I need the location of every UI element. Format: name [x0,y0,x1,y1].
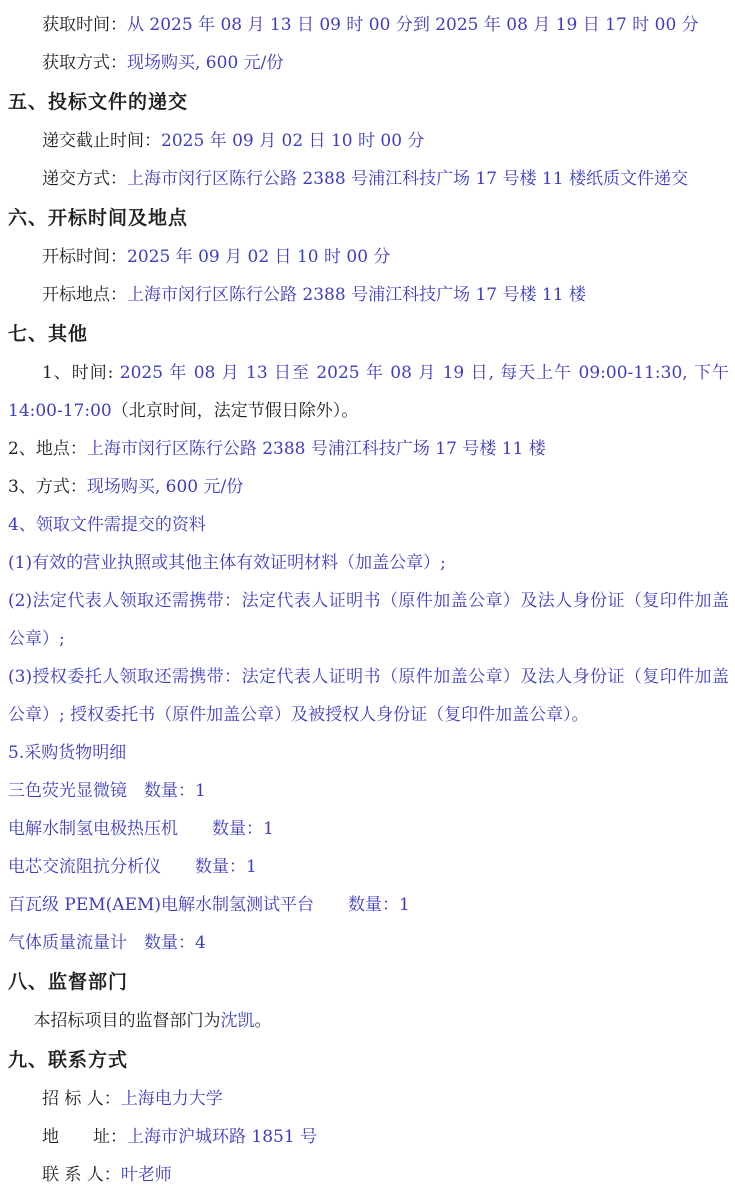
item-name: 电芯交流阻抗分析仪 [8,857,161,877]
field-value: 上海市闵行区陈行公路 2388 号浦江科技广场 17 号楼 11 楼 [127,285,586,305]
field-note: （北京时间，法定节假日除外）。 [112,401,359,421]
field-label: 递交截止时间： [42,131,161,151]
item-quantity-label: 数量： [212,819,263,839]
field-value: 2025 年 09 月 02 日 10 时 00 分 [127,247,390,267]
field-value: (3)授权委托人领取还需携带：法定代表人证明书（原件加盖公章）及法人身份证（复印… [8,667,729,725]
contact-bidder-line: 招 标 人：上海电力大学 [8,1080,729,1118]
field-label: 招 标 人： [42,1089,121,1109]
contact-address-line: 地 址：上海市沪城环路 1851 号 [8,1118,729,1156]
supervisor-line: 本招标项目的监督部门为沈凯。 [8,1002,729,1040]
field-value: 现场购买, 600 元/份 [127,53,283,73]
item-spacer [314,895,348,915]
item-name: 电解水制氢电极热压机 [8,819,178,839]
section-heading-6-bid-opening: 六、开标时间及地点 [8,198,729,238]
procurement-list-title: 5.采购货物明细 [8,734,729,772]
field-punctuation: 。 [255,1011,272,1031]
field-label: 3、方式： [8,477,87,497]
field-value: 上海市闵行区陈行公路 2388 号浦江科技广场 17 号楼 11 楼纸质文件递交 [127,169,688,189]
heading-text: 七、其他 [8,323,88,345]
contact-person-name: 叶老师 [121,1165,172,1185]
item-quantity-label: 数量： [195,857,246,877]
section-heading-9-contact: 九、联系方式 [8,1040,729,1080]
bidder-address: 上海市沪城环路 1851 号 [127,1127,317,1147]
field-value: 现场购买, 600 元/份 [87,477,243,497]
section-heading-7-other: 七、其他 [8,314,729,354]
item-spacer [178,819,212,839]
item-name: 气体质量流量计 [8,933,127,953]
acquisition-method-line: 获取方式：现场购买, 600 元/份 [8,44,729,82]
field-label: 本招标项目的监督部门为 [34,1011,221,1031]
required-material-2: (2)法定代表人领取还需携带：法定代表人证明书（原件加盖公章）及法人身份证（复印… [8,582,729,658]
heading-text: 五、投标文件的递交 [8,91,188,113]
procurement-item-1: 三色荧光显微镜 数量：1 [8,772,729,810]
other-method-line: 3、方式：现场购买, 600 元/份 [8,468,729,506]
procurement-item-2: 电解水制氢电极热压机 数量：1 [8,810,729,848]
item-quantity: 4 [195,933,206,953]
section-heading-8-supervisor: 八、监督部门 [8,962,729,1002]
acquisition-time-line: 获取时间：从 2025 年 08 月 13 日 09 时 00 分到 2025 … [8,6,729,44]
heading-text: 八、监督部门 [8,971,128,993]
other-place-line: 2、地点：上海市闵行区陈行公路 2388 号浦江科技广场 17 号楼 11 楼 [8,430,729,468]
field-label: 联 系 人： [42,1165,121,1185]
field-value: 从 2025 年 08 月 13 日 09 时 00 分到 2025 年 08 … [127,15,699,35]
supervisor-name: 沈凯 [221,1011,255,1031]
required-materials-title: 4、领取文件需提交的资料 [8,506,729,544]
contact-person-line: 联 系 人：叶老师 [8,1156,729,1194]
required-material-1: (1)有效的营业执照或其他主体有效证明材料（加盖公章）; [8,544,729,582]
field-label: 1、时间: [42,363,120,383]
bidder-name: 上海电力大学 [121,1089,223,1109]
field-value: 上海市闵行区陈行公路 2388 号浦江科技广场 17 号楼 11 楼 [87,439,546,459]
procurement-item-3: 电芯交流阻抗分析仪 数量：1 [8,848,729,886]
item-quantity-label: 数量： [144,781,195,801]
item-spacer [127,933,144,953]
field-label: 开标地点： [42,285,127,305]
item-spacer [127,781,144,801]
field-label: 地 址： [42,1127,127,1147]
field-label: 获取时间： [42,15,127,35]
bid-opening-place-line: 开标地点：上海市闵行区陈行公路 2388 号浦江科技广场 17 号楼 11 楼 [8,276,729,314]
procurement-item-5: 气体质量流量计 数量：4 [8,924,729,962]
submission-method-line: 递交方式：上海市闵行区陈行公路 2388 号浦江科技广场 17 号楼 11 楼纸… [8,160,729,198]
item-quantity: 1 [263,819,274,839]
procurement-item-4: 百瓦级 PEM(AEM)电解水制氢测试平台 数量：1 [8,886,729,924]
submission-deadline-line: 递交截止时间：2025 年 09 月 02 日 10 时 00 分 [8,122,729,160]
field-label: 开标时间： [42,247,127,267]
field-value: 4、领取文件需提交的资料 [8,515,206,535]
item-name: 百瓦级 PEM(AEM)电解水制氢测试平台 [8,895,314,915]
bid-opening-time-line: 开标时间：2025 年 09 月 02 日 10 时 00 分 [8,238,729,276]
item-quantity-label: 数量： [144,933,195,953]
section-heading-5-bid-submission: 五、投标文件的递交 [8,82,729,122]
heading-text: 六、开标时间及地点 [8,207,188,229]
item-spacer [161,857,195,877]
field-label: 递交方式： [42,169,127,189]
item-quantity: 1 [246,857,257,877]
field-value: 2025 年 09 月 02 日 10 时 00 分 [161,131,424,151]
required-material-3: (3)授权委托人领取还需携带：法定代表人证明书（原件加盖公章）及法人身份证（复印… [8,658,729,734]
other-time-line: 1、时间: 2025 年 08 月 13 日至 2025 年 08 月 19 日… [8,354,729,430]
heading-text: 九、联系方式 [8,1049,128,1071]
field-value: (1)有效的营业执照或其他主体有效证明材料（加盖公章）; [8,553,446,573]
item-quantity-label: 数量： [348,895,399,915]
field-value: (2)法定代表人领取还需携带：法定代表人证明书（原件加盖公章）及法人身份证（复印… [8,591,729,649]
field-label: 2、地点： [8,439,87,459]
document-body: 获取时间：从 2025 年 08 月 13 日 09 时 00 分到 2025 … [0,0,735,1194]
item-quantity: 1 [399,895,410,915]
field-value: 5.采购货物明细 [8,743,126,763]
field-label: 获取方式： [42,53,127,73]
item-quantity: 1 [195,781,206,801]
item-name: 三色荧光显微镜 [8,781,127,801]
